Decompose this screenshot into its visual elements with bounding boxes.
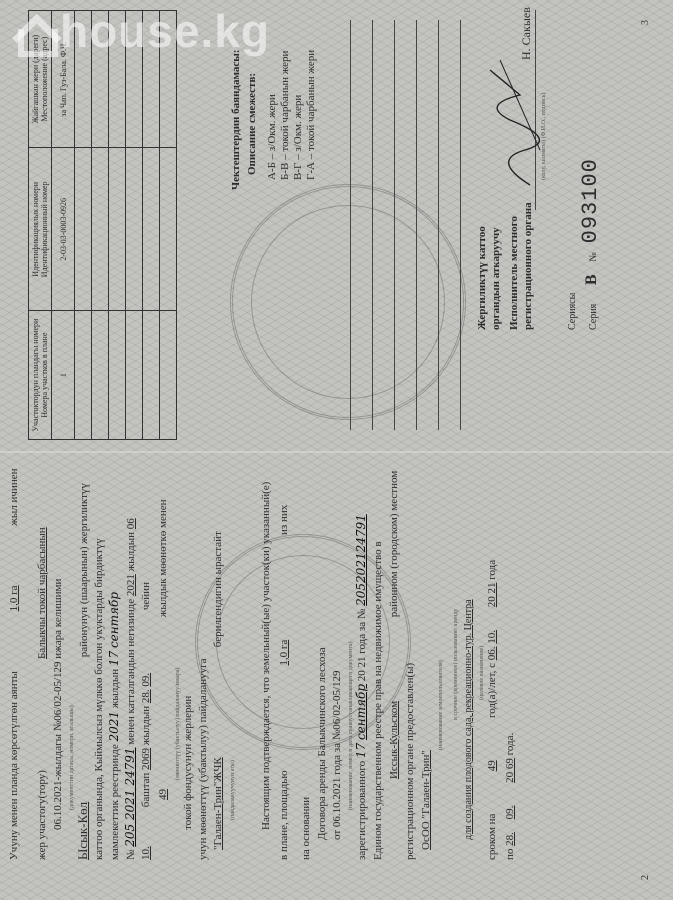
ru-registered-line: зарегистрированного 17 сентябр 20 21 год… bbox=[355, 514, 369, 860]
ru-basis-label: на основании bbox=[300, 797, 313, 860]
page-fold bbox=[0, 451, 673, 453]
ru-organ-line: регистрационном органе предоставлен(ы) bbox=[404, 663, 417, 860]
serial-number: 093100 bbox=[578, 158, 603, 243]
ru-term-end-line: по 28. 09. 20 69 года. bbox=[504, 733, 517, 860]
header-id-number: Идентификациялык номери Идентификационны… bbox=[29, 148, 52, 311]
ru-term-line: сроком на 49 год(а)/лет, с 06. 10. 20 21… bbox=[486, 560, 499, 860]
signer-title-ru-2: регистрационного органа bbox=[522, 202, 535, 330]
ru-tenant-line: ОсОО "Галаен-Трин" bbox=[420, 510, 433, 850]
house-logo-icon bbox=[10, 11, 56, 51]
registry-line-2: мамлекеттик реестринде 2021 жылдын 17 се… bbox=[108, 592, 122, 860]
plot-purpose-line: жер участогу(тору) Балыкчы токой чарбасы… bbox=[36, 527, 49, 860]
contract-line: 06.10.2021-жылдагы №06/02-05/129 ижара к… bbox=[52, 579, 65, 830]
page-number-left: 2 bbox=[640, 875, 651, 880]
ru-area-line: в плане, площадью 1,0 га из них bbox=[278, 505, 291, 860]
state-emblem-watermark-right bbox=[230, 184, 466, 420]
table-row: 1 2-03-03-0003-0926 за Чап. Гуз-Бала. Ф.… bbox=[52, 11, 75, 440]
signer-title-ky-1: Жергиликтүү каттоо bbox=[476, 226, 489, 330]
boundary-item: Г-А – токой чарбанын жери bbox=[305, 50, 318, 180]
ru-tenant-caption: (наименование землепользователя) bbox=[435, 660, 448, 750]
site-watermark: house.kg bbox=[10, 4, 270, 58]
ru-contract-date: от 06.10.2021 года за №06/02-05/129 bbox=[331, 670, 344, 840]
document-photo: Учуну менен планда көрсөтүлгөн аянты 1,0… bbox=[0, 0, 673, 900]
signer-title-ru-1: Исполнитель местного bbox=[508, 216, 521, 330]
use-label: токой фондусунун жерлерин bbox=[182, 696, 195, 830]
series-label-ky: Сериясы bbox=[566, 293, 579, 330]
boundary-item: А-Б – з/Окм. жери bbox=[266, 50, 279, 180]
ru-registry-line: Едином государственном реестре прав на н… bbox=[372, 541, 385, 860]
area-title: Учуну менен планда көрсөтүлгөн аянты 1,0… bbox=[8, 469, 21, 860]
table-header-row: Участоктордун пландагы номери Номера уча… bbox=[29, 11, 52, 440]
boundaries-title-ky: Чектештердин баяндамасы: bbox=[230, 49, 243, 190]
ru-confirm-line: Настоящим подтверждается, что земельный(… bbox=[260, 482, 273, 830]
left-page: Учуну менен планда көрсөтүлгөн аянты 1,0… bbox=[0, 450, 673, 900]
ru-region-line: Иссык-Кульском районном (городском) мест… bbox=[388, 471, 401, 860]
signer-title-ky-2: органдын аткаруучу bbox=[490, 227, 503, 330]
signer-name: Н. Сакыев bbox=[520, 7, 533, 60]
settlement-line: Ысык-Көл районунун (шаарынын) жергиликтү… bbox=[76, 483, 91, 860]
boundaries-list: А-Б – з/Окм. жери Б-В – токой чарбанын ж… bbox=[266, 50, 318, 180]
ru-purpose-line: для создания плодового сада, рекреационн… bbox=[462, 599, 475, 840]
registry-line-1: каттоо органында, Кыймылсыз мүлккө болго… bbox=[93, 538, 106, 860]
serial-line: Серия В № 093100 bbox=[584, 158, 600, 330]
header-plot-number: Участоктордун пландагы номери Номера уча… bbox=[29, 311, 52, 440]
registry-number-line: № 205 2021 24791 менен катталгандын неги… bbox=[124, 518, 138, 860]
user-name-caption: (пайдалануучунун аты) bbox=[227, 760, 240, 820]
boundary-item: В-Г – з/Окм. жери bbox=[292, 50, 305, 180]
term-dates-line: 10. баштап 2069 жылдын 28. 09. чейин bbox=[140, 582, 153, 860]
right-page: Участоктордун пландагы номери Номера уча… bbox=[0, 0, 673, 450]
boundary-item: Б-В – токой чарбанын жери bbox=[279, 50, 292, 180]
plots-table: Участоктордун пландагы номери Номера уча… bbox=[28, 10, 177, 440]
term-years-line: 49 жылдык мөөнөткө менен bbox=[157, 499, 170, 800]
page-number-right: 3 bbox=[640, 20, 651, 25]
signature-caption: (колу, кызматы) (Ф.И.О., подпись) bbox=[538, 93, 551, 180]
ru-contract: Договора аренды Балыкчинского лесхоза bbox=[316, 647, 329, 840]
land-use-certificate: Учуну менен планда көрсөтүлгөн аянты 1,0… bbox=[0, 0, 673, 900]
boundaries-title-ru: Описание смежеств: bbox=[246, 73, 259, 175]
